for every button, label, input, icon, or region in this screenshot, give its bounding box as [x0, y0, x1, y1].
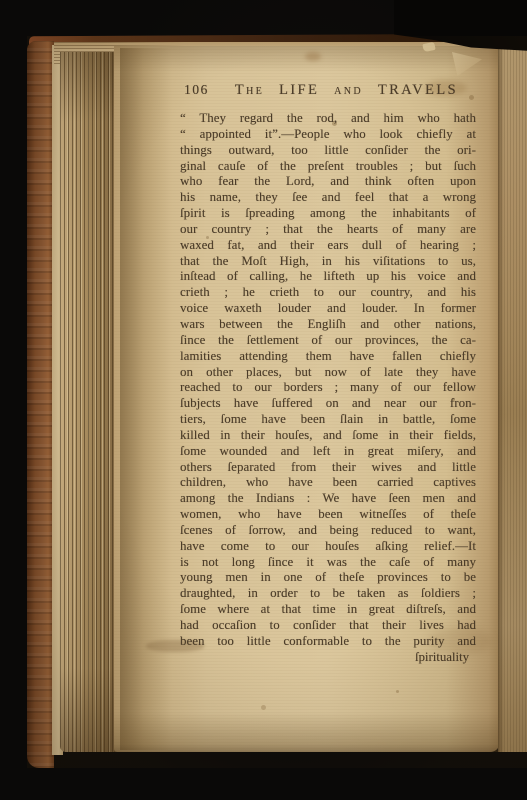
text-line: crieth ; he crieth to our country, and h…: [180, 285, 476, 301]
catchword: ſpirituality: [180, 650, 476, 666]
text-line: on other places, but now of late they ha…: [180, 365, 476, 381]
text-line: his name, they ſee and feel that a wrong: [180, 190, 476, 206]
text-line: things outward, too little conſider the …: [180, 143, 476, 159]
text-line: our country ; that the hearts of many ar…: [180, 222, 476, 238]
text-line: lamities attending them have fallen chie…: [180, 349, 476, 365]
fore-edge: [498, 48, 527, 752]
text-line: is not long ſince it was the caſe of man…: [180, 555, 476, 571]
page-top-shade: [114, 46, 500, 72]
text-line: women, who have been witneſſes of theſe: [180, 507, 476, 523]
text-line: inſtead of calling, he lifteth up his vo…: [180, 269, 476, 285]
printed-text-block: 106 TheLIFEandTRAVELS “ They regard the …: [180, 82, 476, 666]
text-line: others ſeparated from their wives and li…: [180, 460, 476, 476]
text-line: ſince the ſettlement of our provinces, t…: [180, 333, 476, 349]
text-line: been too little conformable to the purit…: [180, 634, 476, 650]
text-line: young men in one of theſe provinces to b…: [180, 570, 476, 586]
text-line: ſome where at that time in great diſtreſ…: [180, 602, 476, 618]
text-line: have come to our houſes aſking relief.—I…: [180, 539, 476, 555]
text-line: wars between the Engliſh and other natio…: [180, 317, 476, 333]
text-line: draughted, in order to be taken as ſoldi…: [180, 586, 476, 602]
running-title-word: TRAVELS: [378, 82, 458, 99]
page-bottom-shade: [114, 712, 500, 752]
text-line: children, who have been carried captives: [180, 475, 476, 491]
photo-background: 106 TheLIFEandTRAVELS “ They regard the …: [0, 0, 527, 800]
page-edge-stripes: [60, 52, 122, 752]
text-line: among the Indians : We have ſeen men and: [180, 491, 476, 507]
text-line: ſome wounded and left in great miſery, a…: [180, 444, 476, 460]
running-header: 106 TheLIFEandTRAVELS: [180, 82, 476, 102]
text-line: that the Moſt High, in his viſitations t…: [180, 254, 476, 270]
text-line: had occaſion to conſider that their live…: [180, 618, 476, 634]
body-text: “ They regard the rod, and him who hath“…: [180, 111, 476, 650]
text-line: “ appointed it”.—People who look chiefly…: [180, 127, 476, 143]
text-line: tiers, ſome have been ſlain in battle, ſ…: [180, 412, 476, 428]
text-line: waxed fat, and their ears dull of hearin…: [180, 238, 476, 254]
text-line: voice waxeth louder and louder. In forme…: [180, 301, 476, 317]
book-cover-bottom-edge: [48, 747, 527, 762]
text-line: “ They regard the rod, and him who hath: [180, 111, 476, 127]
text-line: killed in their houſes, and ſome in thei…: [180, 428, 476, 444]
foxing-specks: [0, 0, 3, 3]
text-line: ſpirit is ſpreading among the inhabitant…: [180, 206, 476, 222]
text-line: ſcenes of ſorrow, and being reduced to w…: [180, 523, 476, 539]
text-line: ſubjects have ſuffered on and near our f…: [180, 396, 476, 412]
running-title-word: LIFE: [279, 82, 319, 99]
text-line: who fear the Lord, and think often upon: [180, 174, 476, 190]
running-title-word: and: [334, 82, 363, 99]
book-spine: [27, 41, 54, 768]
page-number: 106: [184, 82, 209, 98]
running-title-word: The: [235, 82, 264, 99]
text-line: reached to our borders ; many of our fel…: [180, 380, 476, 396]
running-title: TheLIFEandTRAVELS: [235, 82, 476, 99]
text-line: ginal cauſe of the preſent troubles ; bu…: [180, 159, 476, 175]
